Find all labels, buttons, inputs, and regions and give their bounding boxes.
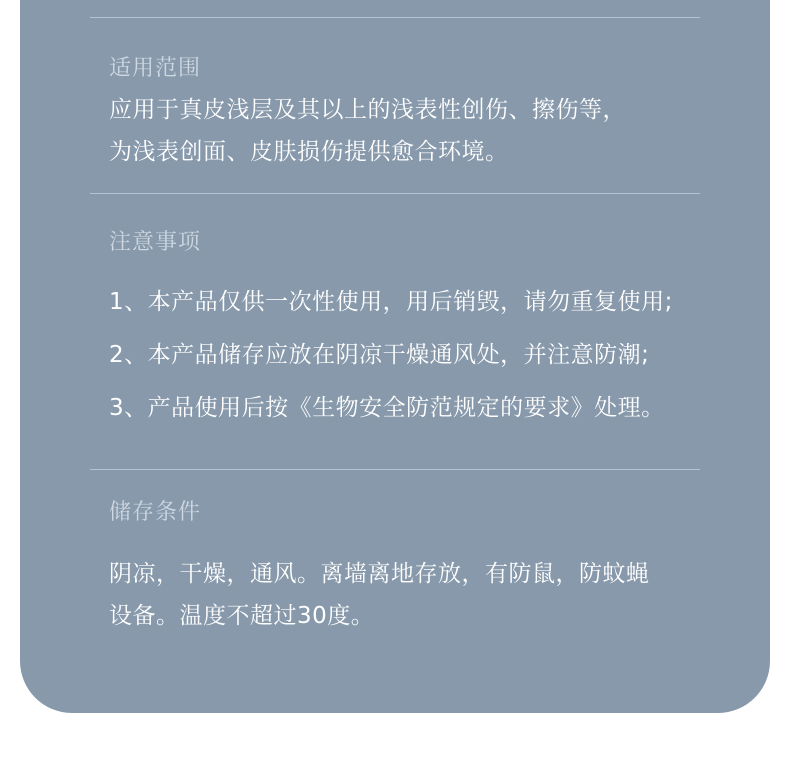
precaution-item-3: 3、产品使用后按《生物安全防范规定的要求》处理。 [109,382,673,435]
section-body-storage: 阴凉，干燥，通风。离墙离地存放，有防鼠，防蚊蝇 设备。温度不超过30度。 [109,553,650,637]
storage-line-2: 设备。温度不超过30度。 [109,595,650,637]
section-heading-storage: 储存条件 [109,498,201,528]
section-body-scope: 应用于真皮浅层及其以上的浅表性创伤、擦伤等， 为浅表创面、皮肤损伤提供愈合环境。 [109,89,626,173]
scope-line-2: 为浅表创面、皮肤损伤提供愈合环境。 [109,131,626,173]
divider-2 [90,469,700,470]
divider-1 [90,193,700,194]
divider-top [90,17,700,18]
storage-line-1: 阴凉，干燥，通风。离墙离地存放，有防鼠，防蚊蝇 [109,553,650,595]
precaution-item-2: 2、本产品储存应放在阴凉干燥通风处，并注意防潮; [109,329,673,382]
scope-line-1: 应用于真皮浅层及其以上的浅表性创伤、擦伤等， [109,89,626,131]
precaution-item-1: 1、本产品仅供一次性使用，用后销毁，请勿重复使用; [109,276,673,329]
section-heading-precautions: 注意事项 [109,228,201,258]
section-heading-scope: 适用范围 [109,54,201,84]
section-body-precautions: 1、本产品仅供一次性使用，用后销毁，请勿重复使用; 2、本产品储存应放在阴凉干燥… [109,276,673,435]
